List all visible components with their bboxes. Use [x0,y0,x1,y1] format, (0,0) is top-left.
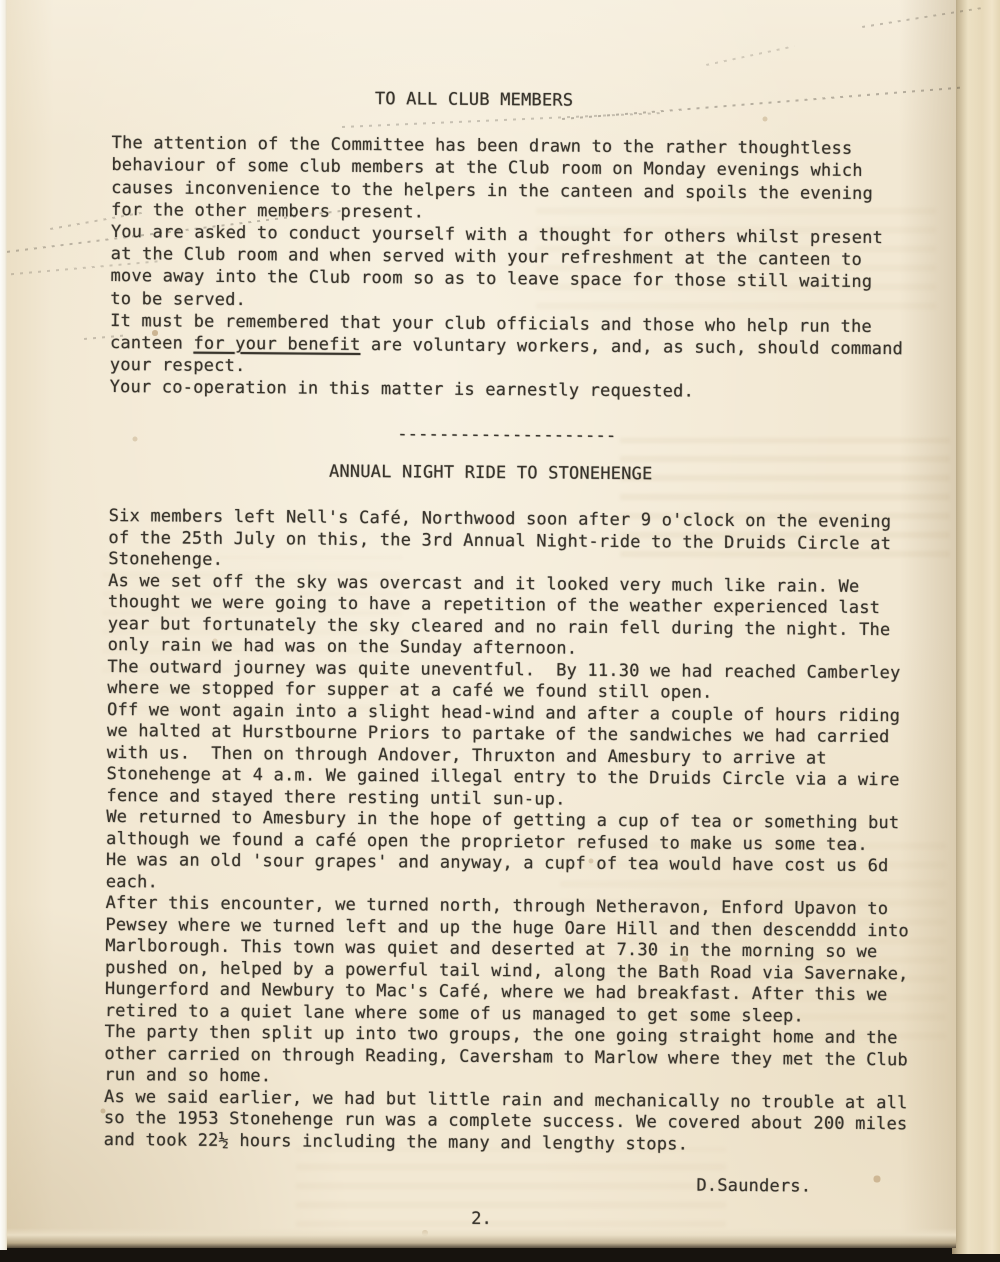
page-number: 2. [471,1209,945,1234]
notice-title: TO ALL CLUB MEMBERS [375,88,954,115]
author-signature: D.Saunders. [696,1176,945,1199]
article-paragraph: The party then split up into two groups,… [104,1022,946,1093]
notice-paragraph: The attention of the Committee has been … [111,132,954,227]
notice-paragraph: You are asked to conduct yourself with a… [110,221,953,316]
article-title: ANNUAL NIGHT RIDE TO STONEHENGE [329,462,951,488]
article-paragraph: The outward journey was quite uneventful… [107,657,949,707]
scan-left-edge [0,0,7,1250]
pencil-mark [706,45,794,66]
underlying-page-edge [952,0,1000,1254]
article-paragraph: As we set off the sky was overcast and i… [108,571,951,664]
dashed-separator: --------------------- [397,423,951,450]
article-paragraph: After this encounter, we turned north, t… [105,893,948,1029]
scanned-newsletter-page: TO ALL CLUB MEMBERS The attention of the… [0,0,1000,1262]
article-paragraph: As we said earlier, we had but little ra… [104,1087,946,1158]
underlined-phrase: for your benefit [193,334,360,355]
typewritten-text: TO ALL CLUB MEMBERS The attention of the… [103,86,954,1234]
article-paragraph: We returned to Amesbury in the hope of g… [106,807,949,900]
article-paragraph: Six members left Nell's Café, Northwood … [108,506,950,577]
notice-paragraph: It must be remembered that your club off… [110,310,952,383]
article-paragraph: Off we wont again into a slight head-win… [106,700,949,814]
